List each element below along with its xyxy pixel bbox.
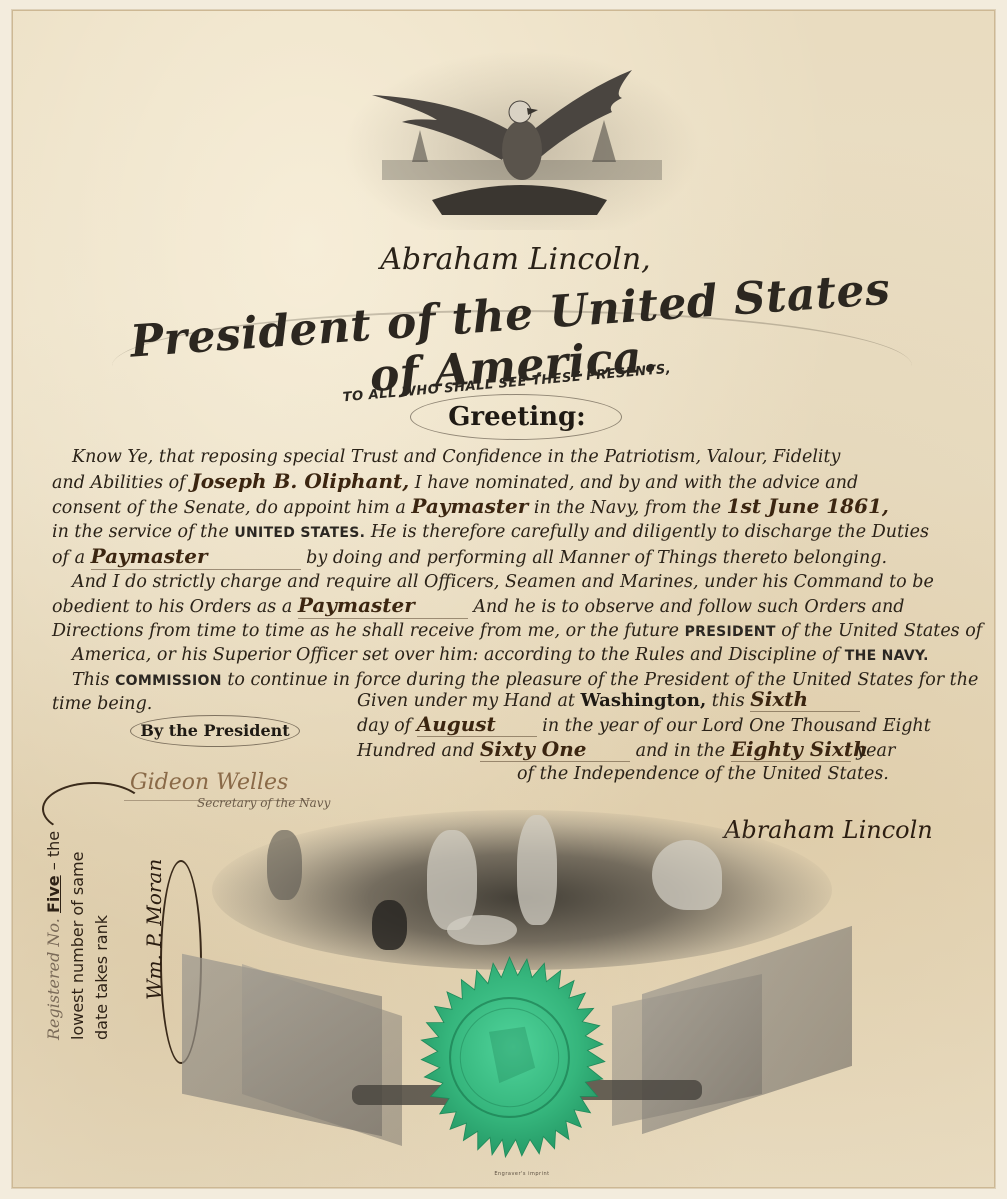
body-text: and in the — [636, 741, 726, 761]
body-text: This — [72, 670, 110, 690]
note-text: – the — [44, 831, 63, 870]
eagle-vignette — [342, 50, 702, 230]
given-line-1: Given under my Hand at Washington, this … — [357, 688, 987, 713]
year-field: Sixty One — [480, 738, 630, 762]
place-washington: Washington, — [581, 690, 707, 711]
body-text: consent of the Senate, do appoint him a — [52, 498, 406, 518]
body-text: by doing and performing all Manner of Th… — [306, 548, 887, 568]
ship — [267, 830, 302, 900]
body-text: in the year of our Lord One Thousand Eig… — [542, 716, 930, 736]
commission-caps: COMMISSION — [115, 673, 222, 689]
dating-clause: Given under my Hand at Washington, this … — [357, 688, 987, 786]
rank-field: Paymaster — [411, 494, 528, 518]
body-line-5: of a Paymaster by doing and performing a… — [52, 545, 982, 571]
independence-year-field: Eighty Sixth — [731, 738, 851, 762]
given-line-4: of the Independence of the United States… — [357, 763, 987, 786]
secretary-title: Secretary of the Navy — [197, 796, 330, 810]
commission-body: Know Ye, that reposing special Trust and… — [52, 446, 982, 717]
commission-document: Abraham Lincoln, President of the United… — [12, 10, 995, 1188]
neptune-vignette — [212, 810, 832, 970]
registration-line-2: lowest number of same — [66, 800, 90, 1040]
effective-date: 1st June 1861, — [727, 494, 889, 518]
body-text: of a — [52, 548, 85, 568]
body-text: and Abilities of — [52, 473, 186, 493]
body-text: of the United States of — [781, 621, 982, 641]
rank-field: Paymaster — [298, 594, 468, 619]
body-text: Directions from time to time as he shall… — [52, 621, 679, 641]
registration-note: Registered No. Five – the lowest number … — [42, 800, 114, 1040]
by-the-president-cartouche: By the President — [130, 715, 300, 747]
sea-horses — [652, 840, 722, 910]
navy-seal-icon — [397, 955, 622, 1160]
body-text: obedient to his Orders as a — [52, 597, 292, 617]
figure-nymph — [447, 915, 517, 945]
registration-line-1: Registered No. Five – the — [42, 800, 66, 1040]
body-text: And he is to observe and follow such Ord… — [473, 597, 904, 617]
flag-right-2 — [612, 974, 762, 1126]
body-line-3: consent of the Senate, do appoint him a … — [52, 495, 982, 521]
body-text: day of — [357, 716, 411, 736]
month-field: August — [417, 713, 537, 737]
appointee-name: Joseph B. Oliphant, — [191, 469, 409, 493]
registrar-signature: Wm. P. Moran — [142, 859, 166, 1000]
day-field: Sixth — [750, 688, 860, 712]
body-line-1: Know Ye, that reposing special Trust and… — [52, 446, 982, 470]
president-caps: PRESIDENT — [685, 624, 776, 640]
body-text: year — [856, 741, 895, 761]
registered-label: Registered No. — [44, 918, 63, 1040]
body-text: Hundred and — [357, 741, 474, 761]
by-the-president: By the President — [140, 721, 289, 740]
registration-number: Five — [44, 875, 63, 913]
body-text: this — [712, 691, 745, 711]
body-text: to continue in force during the pleasure… — [227, 670, 978, 690]
body-text: in the service of the — [52, 522, 229, 542]
eagle-icon — [342, 50, 702, 230]
rank-field: Paymaster — [91, 545, 301, 570]
body-text: He is therefore carefully and diligently… — [371, 522, 929, 542]
body-text: America, or his Superior Officer set ove… — [72, 645, 839, 665]
body-line-2: and Abilities of Joseph B. Oliphant, I h… — [52, 470, 982, 496]
given-line-3: Hundred and Sixty One and in the Eighty … — [357, 738, 987, 763]
greeting: Greeting: — [432, 402, 602, 432]
secretary-signature: Gideon Welles — [130, 770, 288, 795]
figure-neptune — [517, 815, 557, 925]
body-line-4: in the service of the UNITED STATES. He … — [52, 521, 982, 546]
body-text: in the Navy, from the — [534, 498, 721, 518]
body-line-9: America, or his Superior Officer set ove… — [52, 644, 982, 669]
united-states-caps: UNITED STATES. — [234, 525, 365, 541]
given-line-2: day of August in the year of our Lord On… — [357, 713, 987, 738]
flag-left-2 — [242, 964, 402, 1146]
body-text: I have nominated, and by and with the ad… — [415, 473, 858, 493]
navy-caps: THE NAVY. — [845, 648, 929, 664]
body-line-7: obedient to his Orders as a Paymaster An… — [52, 594, 982, 620]
registration-line-3: date takes rank — [90, 800, 114, 1040]
body-line-8: Directions from time to time as he shall… — [52, 620, 982, 645]
engraver-imprint: Engraver's imprint — [442, 1171, 602, 1177]
body-line-6: And I do strictly charge and require all… — [52, 571, 982, 595]
figure-triton — [372, 900, 407, 950]
body-text: Given under my Hand at — [357, 691, 575, 711]
